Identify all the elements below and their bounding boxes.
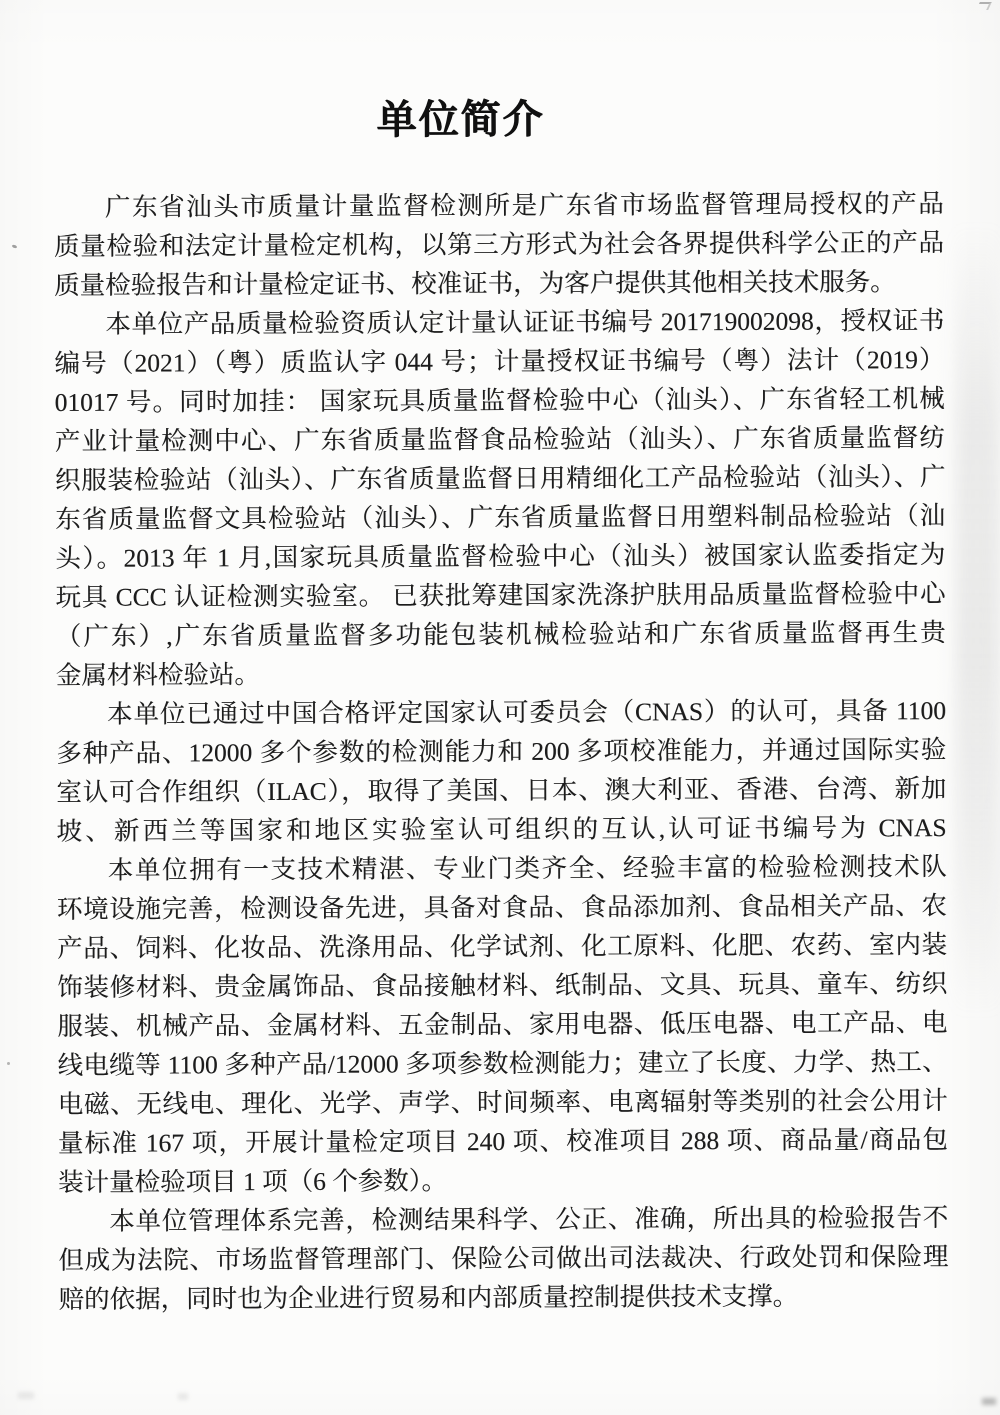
scan-speck-artifact [7, 1062, 10, 1065]
text-line: 本单位拥有一支技术精湛、专业门类齐全、经验丰富的检验检测技术队伍， [57, 847, 947, 890]
document-content: 单位简介 广东省汕头市质量计量监督检测所是广东省市场监督管理局授权的产品 质量检… [53, 0, 943, 50]
text-line: 本单位管理体系完善，检测结果科学、公正、准确，所出具的检验报告不 [58, 1198, 948, 1241]
document-title: 单位简介 [15, 94, 905, 146]
text-line: 量标准 167 项，开展计量检定项目 240 项、校准项目 288 项、商品量/… [58, 1120, 948, 1163]
text-line: 东省质量监督文具检验站（汕头）、广东省质量监督日用塑料制品检验站（汕 [55, 496, 945, 539]
text-line: 线电缆等 1100 多种产品/12000 多项参数检测能力；建立了长度、力学、热… [57, 1042, 947, 1085]
text-line: 织服装检验站（汕头）、广东省质量监督日用精细化工产品检验站（汕头）、广 [55, 457, 945, 500]
text-line: 01017 号。同时加挂： 国家玩具质量监督检验中心（汕头）、广东省轻工机械 [55, 379, 945, 422]
paragraph-intro: 广东省汕头市质量计量监督检测所是广东省市场监督管理局授权的产品 质量检验和法定计… [54, 184, 945, 305]
text-line: 金属材料检验站。 [56, 652, 946, 695]
scan-corner-mark-artifact [976, 2, 992, 10]
text-line: 服装、机械产品、金属材料、五金制品、家用电器、低压电器、电工产品、电 [57, 1003, 947, 1046]
scan-smudge-artifact [178, 1393, 188, 1400]
paragraph-capabilities: 本单位拥有一支技术精湛、专业门类齐全、经验丰富的检验检测技术队伍， 环境设施完善… [57, 847, 949, 1202]
text-line: 电磁、无线电、理化、光学、声学、时间频率、电离辐射等类别的社会公用计 [58, 1081, 948, 1124]
scan-shading-artifact [956, 225, 998, 1015]
text-line: 质量检验和法定计量检定机构，以第三方形式为社会各界提供科学公正的产品 [54, 223, 944, 266]
text-line: 饰装修材料、贵金属饰品、食品接触材料、纸制品、文具、玩具、童车、纺织 [57, 964, 947, 1007]
text-line: 头）。2013 年 1 月,国家玩具质量监督检验中心（汕头）被国家认监委指定为 [55, 535, 945, 578]
text-line: 质量检验报告和计量检定证书、校准证书，为客户提供其他相关技术服务。 [54, 262, 944, 305]
text-line: 室认可合作组织（ILAC），取得了美国、日本、澳大利亚、香港、台湾、新加 [56, 769, 946, 812]
text-line: （广东）,广东省质量监督多功能包装机械检验站和广东省质量监督再生贵 [56, 613, 946, 656]
text-line: 但成为法院、市场监督管理部门、保险公司做出司法裁决、行政处罚和保险理 [58, 1237, 948, 1280]
text-line: 装计量检验项目 1 项（6 个参数）。 [58, 1159, 948, 1202]
paragraph-credentials: 本单位产品质量检验资质认定计量认证证书编号 201719002098，授权证书 … [54, 301, 946, 695]
scan-smudge-artifact [18, 1392, 34, 1399]
text-line: 环境设施完善，检测设备先进，具备对食品、食品添加剂、食品相关产品、农 [57, 886, 947, 929]
text-line: 产品、饲料、化妆品、洗涤用品、化学试剂、化工原料、化肥、农药、室内装 [57, 925, 947, 968]
text-line: 本单位已通过中国合格评定国家认可委员会（CNAS）的认可，具备 1100 [56, 691, 946, 734]
scan-smudge-artifact [982, 1398, 996, 1405]
text-line: 本单位产品质量检验资质认定计量认证证书编号 201719002098，授权证书 [54, 301, 944, 344]
text-line: 多种产品、12000 多个参数的检测能力和 200 多项校准能力，并通过国际实验 [56, 730, 946, 773]
scanned-document-page: 单位简介 广东省汕头市质量计量监督检测所是广东省市场监督管理局授权的产品 质量检… [0, 0, 1000, 1415]
text-line: 广东省汕头市质量计量监督检测所是广东省市场监督管理局授权的产品 [54, 184, 944, 227]
scan-speck-artifact [12, 244, 18, 249]
paragraph-management: 本单位管理体系完善，检测结果科学、公正、准确，所出具的检验报告不 但成为法院、市… [58, 1198, 949, 1319]
document-body: 广东省汕头市质量计量监督检测所是广东省市场监督管理局授权的产品 质量检验和法定计… [54, 184, 949, 1319]
paragraph-accreditation: 本单位已通过中国合格评定国家认可委员会（CNAS）的认可，具备 1100 多种产… [56, 691, 947, 851]
text-line: 产业计量检测中心、广东省质量监督食品检验站（汕头）、广东省质量监督纺 [55, 418, 945, 461]
text-line: 赔的依据，同时也为企业进行贸易和内部质量控制提供技术支撑。 [58, 1276, 948, 1319]
text-line: 坡、新西兰等国家和地区实验室认可组织的互认,认可证书编号为 CNAS L1707… [56, 808, 946, 851]
text-line: 玩具 CCC 认证检测实验室。 已获批筹建国家洗涤护肤用品质量监督检验中心 [55, 574, 945, 617]
text-line: 编号（2021）（粤）质监认字 044 号；计量授权证书编号（粤）法计（2019… [54, 340, 944, 383]
